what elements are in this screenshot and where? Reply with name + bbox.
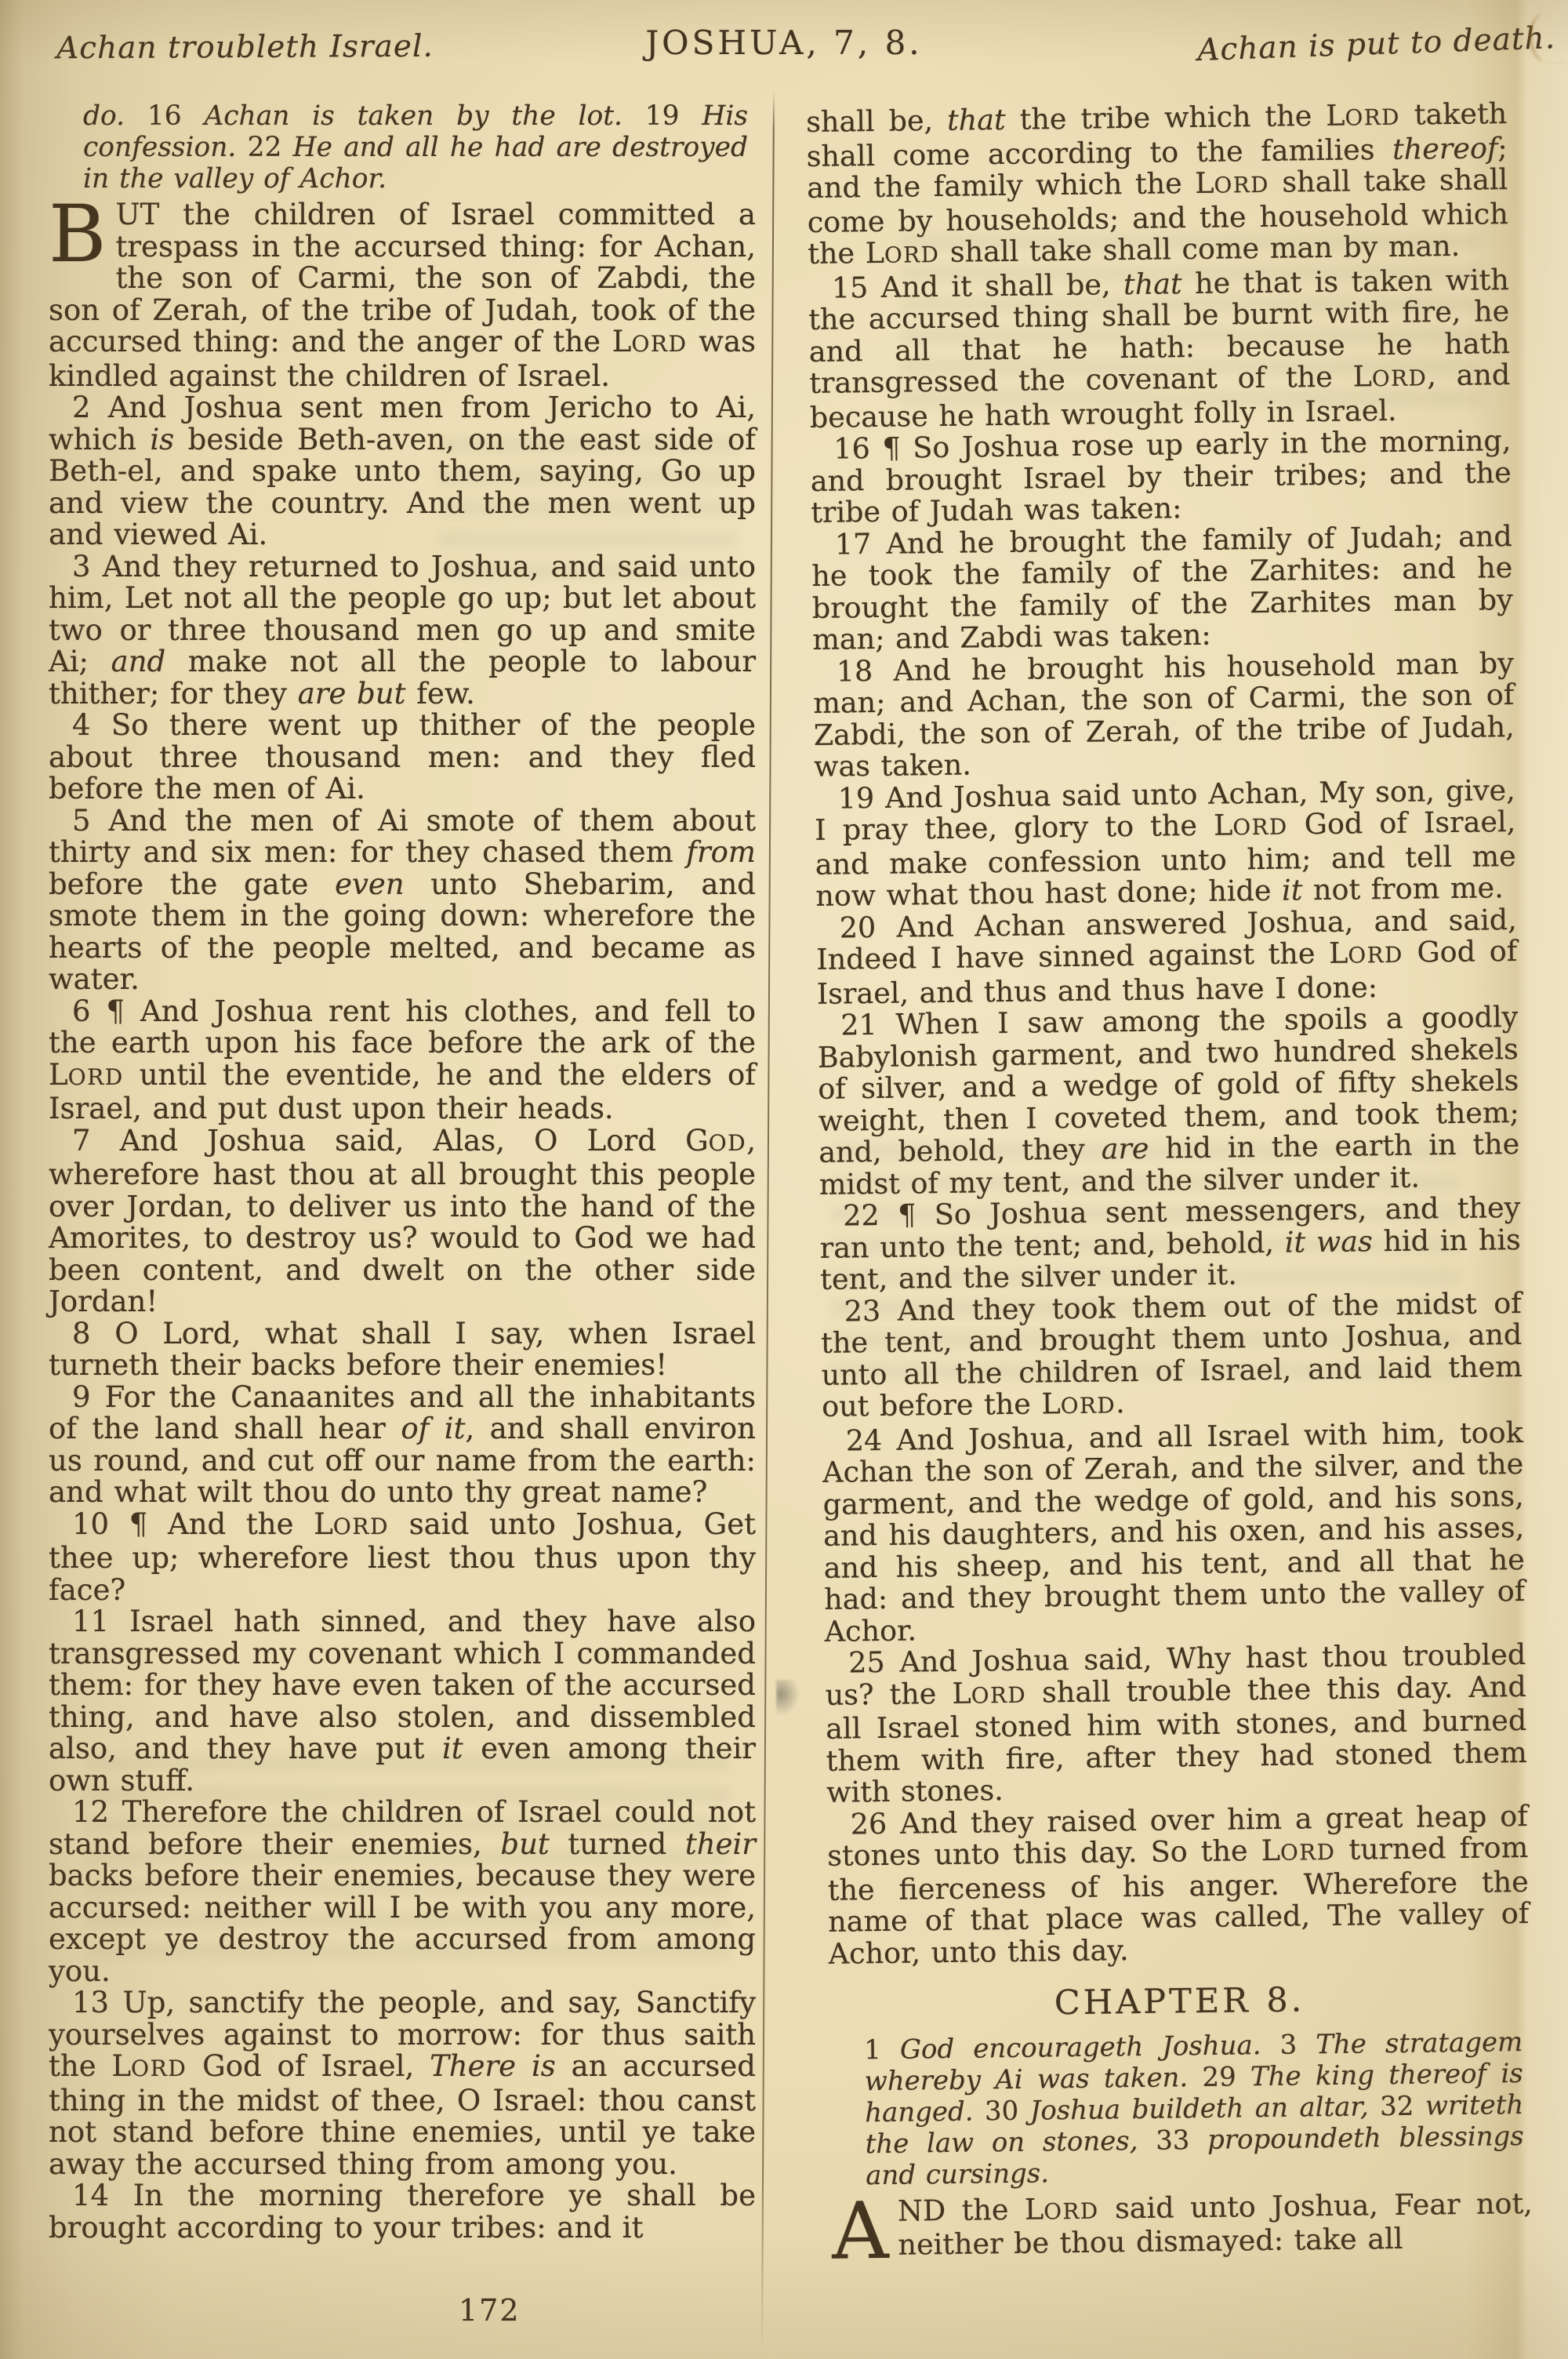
italic-text: that xyxy=(1123,267,1182,301)
smallcaps-divine-name: LORD xyxy=(1329,936,1403,970)
verse-paragraph: 5 And the men of Ai smote of them about … xyxy=(49,805,756,996)
chapter-summary: 1 God encourageth Joshua. 3 The stratage… xyxy=(829,2024,1532,2196)
page-curl-icon xyxy=(1529,13,1566,64)
italic-text: are but xyxy=(298,677,406,711)
verse-paragraph: BUT the children of Israel committed a t… xyxy=(49,199,756,392)
left-column: do. 16 Achan is taken by the lot. 19 His… xyxy=(49,99,756,2244)
verse-paragraph: 17 And he brought the family of Judah; a… xyxy=(811,521,1514,656)
verse-paragraph: 26 And they raised over him a great heap… xyxy=(827,1800,1530,1969)
smallcaps-divine-name: LORD xyxy=(1326,98,1400,133)
italic-text: it was xyxy=(1285,1224,1373,1259)
italic-text: that xyxy=(947,103,1006,137)
italic-text: thereof xyxy=(1392,131,1498,166)
smallcaps-divine-name: LORD xyxy=(1352,358,1427,393)
smallcaps-divine-name: LORD xyxy=(1261,1833,1335,1867)
right-column: shall be, that the tribe which the LORD … xyxy=(806,98,1534,2263)
verse-paragraph: 14 In the morning therefore ye shall be … xyxy=(49,2180,756,2244)
smallcaps-divine-name: LORD xyxy=(49,1058,124,1092)
verse-paragraph: 6 ¶ And Joshua rent his clothes, and fel… xyxy=(49,996,756,1125)
verse-paragraph: 4 So there went up thither of the people… xyxy=(49,710,756,805)
verse-paragraph: 16 ¶ So Joshua rose up early in the morn… xyxy=(810,425,1512,529)
italic-text: even xyxy=(335,867,405,901)
verse-paragraph: 9 For the Canaanites and all the inhabit… xyxy=(49,1382,756,1509)
page-number: 172 xyxy=(459,2293,521,2328)
verse-paragraph: 22 ¶ So Joshua sent messengers, and they… xyxy=(819,1192,1521,1296)
verse-paragraph: 15 And it shall be, that he that is take… xyxy=(808,264,1511,434)
verse-paragraph: 19 And Joshua said unto Achan, My son, g… xyxy=(815,775,1517,913)
drop-cap: A xyxy=(832,2195,898,2263)
verse-paragraph: AND the LORD said unto Joshua, Fear not,… xyxy=(832,2187,1534,2262)
italic-text: Joshua buildeth an altar, xyxy=(1030,2091,1369,2126)
verse-paragraph: 20 And Achan answered Joshua, and said, … xyxy=(816,904,1518,1010)
verse-paragraph: 13 Up, sanctify the people, and say, San… xyxy=(49,1987,756,2180)
drop-cap: B xyxy=(49,199,116,266)
smallcaps-divine-name: LORD xyxy=(612,325,688,358)
smallcaps-divine-name: LORD xyxy=(314,1507,389,1541)
verse-paragraph: 18 And he brought his household man by m… xyxy=(813,648,1515,783)
smallcaps-divine-name: LORD xyxy=(1195,165,1269,200)
smallcaps-divine-name: LORD xyxy=(952,1675,1026,1710)
smallcaps-divine-name: LORD xyxy=(1025,2191,1099,2226)
italic-text: it xyxy=(1282,873,1303,907)
italic-text: God encourageth Joshua. xyxy=(900,2030,1261,2066)
italic-text: do. xyxy=(83,100,125,132)
verse-paragraph: 8 O Lord, what shall I say, when Israel … xyxy=(49,1318,756,1382)
smallcaps-divine-name: LORD xyxy=(1041,1386,1116,1420)
verse-paragraph: 2 And Joshua sent men from Jericho to Ai… xyxy=(49,392,756,551)
verse-paragraph: 24 And Joshua, and all Israel with him, … xyxy=(822,1416,1526,1647)
column-divider xyxy=(761,91,775,2351)
continuation-paragraph: shall be, that the tribe which the LORD … xyxy=(806,98,1509,272)
italic-text: and xyxy=(111,645,166,678)
smallcaps-divine-name: LORD xyxy=(111,2049,187,2083)
verse-paragraph: 12 Therefore the children of Israel coul… xyxy=(49,1797,756,1987)
italic-text: are xyxy=(1101,1132,1149,1166)
chapter-heading: CHAPTER 8. xyxy=(829,1982,1530,2022)
ink-blot xyxy=(776,1680,800,1716)
smallcaps-divine-name: LORD xyxy=(1214,808,1288,842)
verse-paragraph: 25 And Joshua said, Why hast thou troubl… xyxy=(825,1639,1527,1808)
italic-text: Achan is taken by the lot. xyxy=(204,100,622,132)
running-head-left: Achan troubleth Israel. xyxy=(56,29,434,67)
smallcaps-divine-name: GOD xyxy=(685,1124,746,1158)
bible-page: Achan troubleth Israel. JOSHUA, 7, 8. Ac… xyxy=(0,0,1568,2359)
italic-text: of it xyxy=(401,1412,465,1445)
running-head-right: Achan is put to death. xyxy=(1197,20,1556,68)
smallcaps-divine-name: LORD xyxy=(865,235,939,270)
italic-text: but xyxy=(500,1827,549,1861)
italic-text: There is xyxy=(430,2049,556,2083)
verse-paragraph: 10 ¶ And the LORD said unto Joshua, Get … xyxy=(49,1509,756,1607)
italic-text: it xyxy=(442,1732,463,1765)
italic-text: from xyxy=(686,835,756,869)
verse-paragraph: 23 And they took them out of the midst o… xyxy=(821,1287,1523,1425)
verse-paragraph: 3 And they returned to Joshua, and said … xyxy=(49,551,756,711)
chapter-summary: do. 16 Achan is taken by the lot. 19 His… xyxy=(49,99,756,199)
italic-text: is xyxy=(150,423,174,456)
italic-text: their xyxy=(685,1827,756,1861)
verse-paragraph: 7 And Joshua said, Alas, O Lord GOD, whe… xyxy=(49,1125,756,1318)
verse-paragraph: 21 When I saw among the spoils a goodly … xyxy=(817,1001,1520,1201)
page-title: JOSHUA, 7, 8. xyxy=(612,24,956,62)
verse-paragraph: 11 Israel hath sinned, and they have als… xyxy=(49,1606,756,1797)
